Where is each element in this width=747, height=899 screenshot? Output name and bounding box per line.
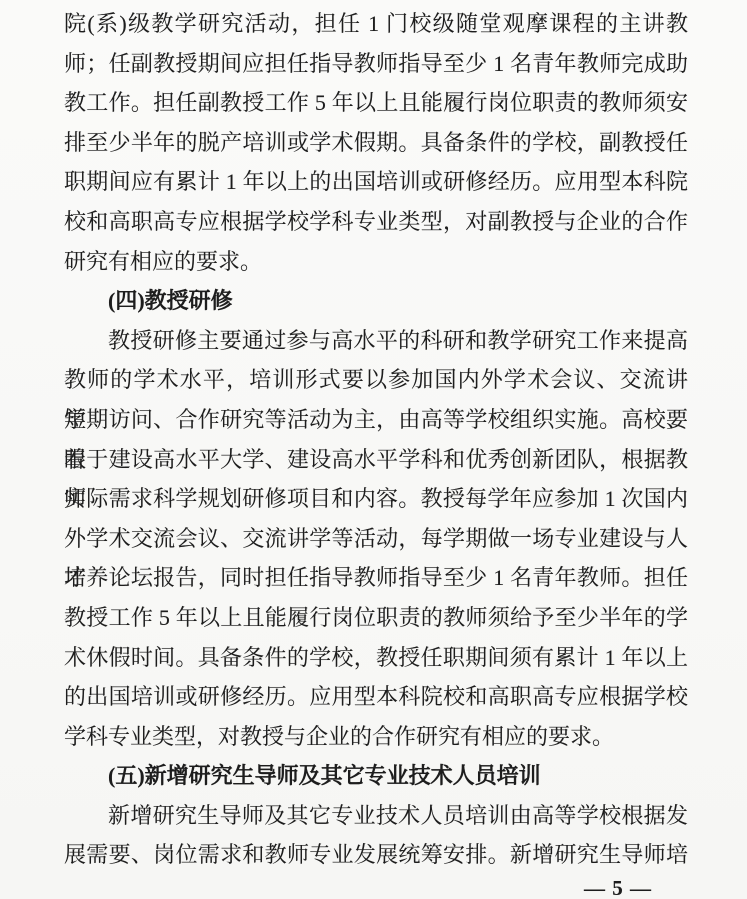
text-line: 院(系)级教学研究活动，担任 1 门校级随堂观摩课程的主讲教: [64, 4, 688, 44]
text-line: 研究有相应的要求。: [64, 242, 688, 282]
page-footer: — 5 —: [64, 876, 688, 899]
text-line: 短期访问、合作研究等活动为主，由高等学校组织实施。高校要着: [64, 400, 688, 440]
text-line: 教授工作 5 年以上且能履行岗位职责的教师须给予至少半年的学: [64, 598, 688, 638]
text-line: 学科专业类型，对教授与企业的合作研究有相应的要求。: [64, 717, 688, 757]
text-line: 实际需求科学规划研修项目和内容。教授每学年应参加 1 次国内: [64, 479, 688, 519]
text-line: 的出国培训或研修经历。应用型本科院校和高职高专应根据学校: [64, 677, 688, 717]
text-line: 教工作。担任副教授工作 5 年以上且能履行岗位职责的教师须安: [64, 83, 688, 123]
text-line: 教授研修主要通过参与高水平的科研和教学研究工作来提高: [64, 321, 688, 361]
document-body: 院(系)级教学研究活动，担任 1 门校级随堂观摩课程的主讲教师；任副教授期间应担…: [64, 4, 688, 875]
text-line: 展需要、岗位需求和教师专业发展统筹安排。新增研究生导师培: [64, 835, 688, 875]
section-heading: (四)教授研修: [64, 281, 688, 321]
text-line: 眼于建设高水平大学、建设高水平学科和优秀创新团队，根据教师: [64, 440, 688, 480]
text-line: 校和高职高专应根据学校学科专业类型，对副教授与企业的合作: [64, 202, 688, 242]
text-line: 师；任副教授期间应担任指导教师指导至少 1 名青年教师完成助: [64, 44, 688, 84]
text-line: 术休假时间。具备条件的学校，教授任职期间须有累计 1 年以上: [64, 638, 688, 678]
text-line: 排至少半年的脱产培训或学术假期。具备条件的学校，副教授任: [64, 123, 688, 163]
text-line: 教师的学术水平，培训形式要以参加国内外学术会议、交流讲学、: [64, 360, 688, 400]
section-heading: (五)新增研究生导师及其它专业技术人员培训: [64, 756, 688, 796]
page-number: — 5 —: [584, 876, 652, 899]
text-line: 新增研究生导师及其它专业技术人员培训由高等学校根据发: [64, 796, 688, 836]
document-page: 院(系)级教学研究活动，担任 1 门校级随堂观摩课程的主讲教师；任副教授期间应担…: [0, 0, 747, 899]
text-line: 职期间应有累计 1 年以上的出国培训或研修经历。应用型本科院: [64, 162, 688, 202]
text-line: 外学术交流会议、交流讲学等活动，每学期做一场专业建设与人才: [64, 519, 688, 559]
text-line: 培养论坛报告，同时担任指导教师指导至少 1 名青年教师。担任: [64, 558, 688, 598]
